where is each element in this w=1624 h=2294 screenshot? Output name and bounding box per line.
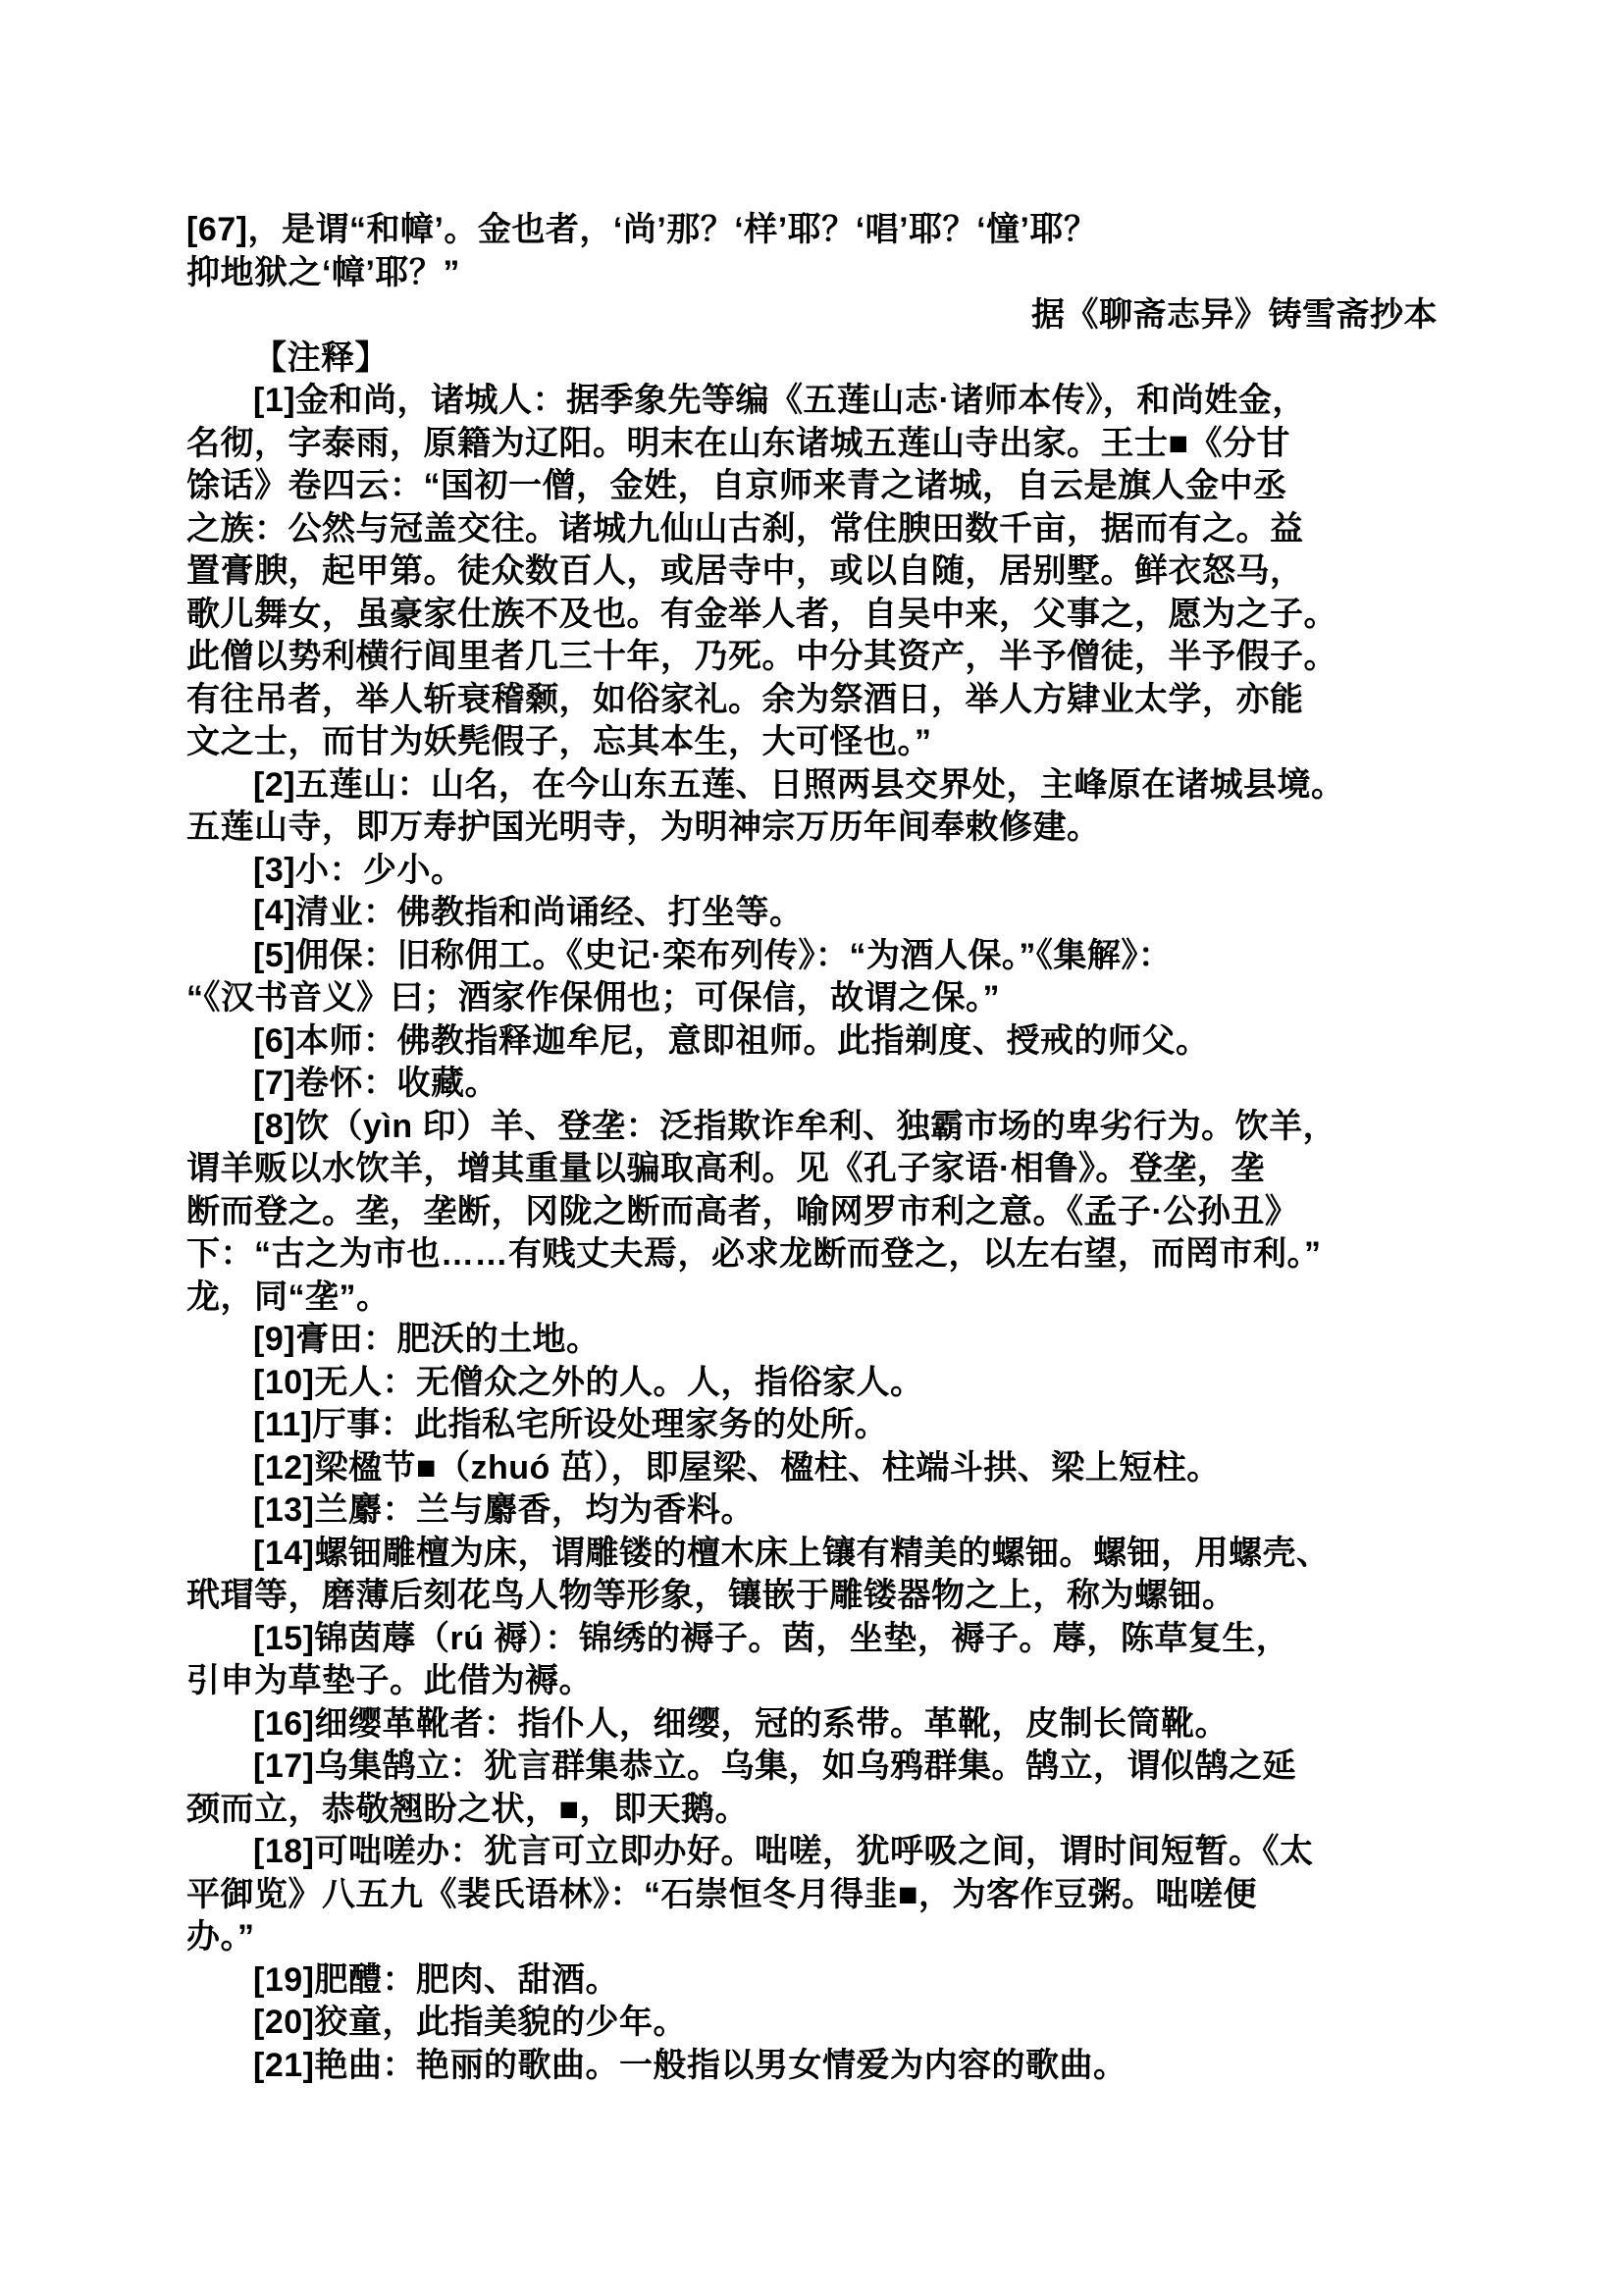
text-line: [9]膏田：肥沃的土地。 xyxy=(186,1319,1438,1362)
text-line: [4]清业：佛教指和尚诵经、打坐等。 xyxy=(186,892,1438,935)
text-line: [13]兰麝：兰与麝香，均为香料。 xyxy=(186,1489,1438,1533)
text-line: [15]锦茵蓐（rú 褥）：锦绣的褥子。茵，坐垫，褥子。蓐，陈草复生， xyxy=(186,1618,1438,1661)
text-line: 办。” xyxy=(186,1916,1438,1959)
text-line: 引申为草垫子。此借为褥。 xyxy=(186,1660,1438,1703)
text-line: [6]本师：佛教指释迦牟尼，意即祖师。此指剃度、授戒的师父。 xyxy=(186,1020,1438,1064)
text-line: [19]肥醴：肥肉、甜酒。 xyxy=(186,1959,1438,2003)
text-line: 玳瑁等，磨薄后刻花鸟人物等形象，镶嵌于雕镂器物之上，称为螺钿。 xyxy=(186,1575,1438,1618)
text-line: [16]细缨革靴者：指仆人，细缨，冠的系带。革靴，皮制长筒靴。 xyxy=(186,1703,1438,1747)
text-line: [20]狡童，此指美貌的少年。 xyxy=(186,2002,1438,2045)
text-line: 名彻，字泰雨，原籍为辽阳。明末在山东诸城五莲山寺出家。王士■《分甘 xyxy=(186,423,1438,466)
text-line: 文之士，而甘为妖髡假子，忘其本生，大可怪也。” xyxy=(186,721,1438,764)
text-line: [14]螺钿雕檀为床，谓雕镂的檀木床上镶有精美的螺钿。螺钿，用螺壳、 xyxy=(186,1533,1438,1576)
text-line: 馀话》卷四云：“国初一僧，金姓，自京师来青之诸城，自云是旗人金中丞 xyxy=(186,465,1438,508)
document-content: [67]，是谓“和幛’。金也者，‘尚’那？‘样’耶？‘唱’耶？‘憧’耶？抑地狱之… xyxy=(186,209,1438,2087)
text-line: 歌儿舞女，虽豪家仕族不及也。有金举人者，自吴中来，父事之，愿为之子。 xyxy=(186,594,1438,637)
text-line: 下：“古之为市也……有贱丈夫焉，必求龙断而登之，以左右望，而罔市利。” xyxy=(186,1233,1438,1277)
text-line: [5]佣保：旧称佣工。《史记·栾布列传》：“为酒人保。”《集解》： xyxy=(186,935,1438,978)
text-line: [11]厅事：此指私宅所设处理家务的处所。 xyxy=(186,1404,1438,1447)
text-line: [8]饮（yìn 印）羊、登垄：泛指欺诈牟利、独霸市场的卑劣行为。饮羊， xyxy=(186,1106,1438,1149)
text-line: [3]小：少小。 xyxy=(186,850,1438,893)
text-line: 抑地狱之‘幛’耶？” xyxy=(186,252,1438,295)
text-line: 【注释】 xyxy=(186,338,1438,381)
text-line: [12]梁楹节■（zhuó 茁），即屋梁、楹柱、柱端斗拱、梁上短柱。 xyxy=(186,1447,1438,1490)
text-line: [67]，是谓“和幛’。金也者，‘尚’那？‘样’耶？‘唱’耶？‘憧’耶？ xyxy=(186,209,1438,252)
text-line: “《汉书音义》曰；酒家作保佣也；可保信，故谓之保。” xyxy=(186,977,1438,1020)
text-line: 之族：公然与冠盖交往。诸城九仙山古刹，常住腴田数千亩，据而有之。益 xyxy=(186,508,1438,551)
text-line: [2]五莲山：山名，在今山东五莲、日照两县交界处，主峰原在诸城县境。 xyxy=(186,764,1438,808)
text-line: [1]金和尚，诸城人：据季象先等编《五莲山志·诸师本传》，和尚姓金， xyxy=(186,380,1438,423)
text-line: [17]乌集鹄立：犹言群集恭立。乌集，如乌鸦群集。鹄立，谓似鹄之延 xyxy=(186,1746,1438,1789)
text-line: [10]无人：无僧众之外的人。人，指俗家人。 xyxy=(186,1362,1438,1405)
text-line: 五莲山寺，即万寿护国光明寺，为明神宗万历年间奉敕修建。 xyxy=(186,807,1438,850)
text-line: 置膏腴，起甲第。徒众数百人，或居寺中，或以自随，居别墅。鲜衣怒马， xyxy=(186,550,1438,594)
text-line: 此僧以势利横行闾里者几三十年，乃死。中分其资产，半予僧徒，半予假子。 xyxy=(186,636,1438,679)
text-line: 谓羊贩以水饮羊，增其重量以骗取高利。见《孔子家语·相鲁》。登垄，垄 xyxy=(186,1148,1438,1191)
text-line: 颈而立，恭敬翘盼之状，■，即天鹅。 xyxy=(186,1789,1438,1832)
text-line: 平御览》八五九《裴氏语林》：“石崇恒冬月得韭■，为客作豆粥。咄嗟便 xyxy=(186,1874,1438,1917)
text-line: 龙，同“垄”。 xyxy=(186,1277,1438,1320)
text-line: 断而登之。垄，垄断，冈陇之断而高者，喻网罗市利之意。《孟子·公孙丑》 xyxy=(186,1191,1438,1234)
text-line: [21]艳曲：艳丽的歌曲。一般指以男女情爱为内容的歌曲。 xyxy=(186,2045,1438,2088)
text-line: [18]可咄嗟办：犹言可立即办好。咄嗟，犹呼吸之间，谓时间短暂。《太 xyxy=(186,1831,1438,1874)
text-line: 据《聊斋志异》铸雪斋抄本 xyxy=(186,294,1438,338)
text-line: [7]卷怀：收藏。 xyxy=(186,1063,1438,1106)
document-page: [67]，是谓“和幛’。金也者，‘尚’那？‘样’耶？‘唱’耶？‘憧’耶？抑地狱之… xyxy=(0,0,1624,2294)
text-line: 有往吊者，举人斩衰稽颡，如俗家礼。余为祭酒日，举人方肄业太学，亦能 xyxy=(186,679,1438,722)
